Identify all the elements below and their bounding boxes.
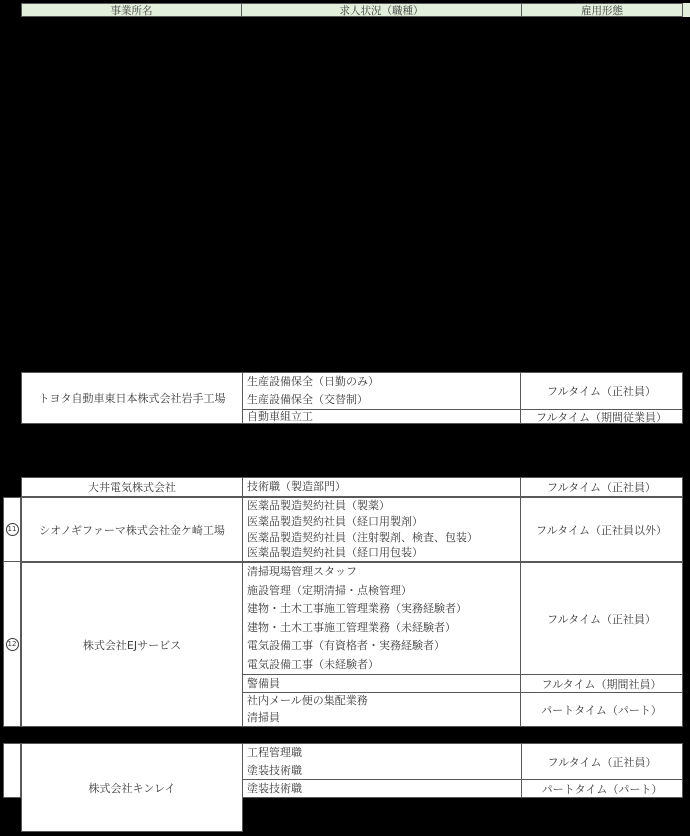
- job-group: 生産設備保全（日勤のみ） 生産設備保全（交替制） フルタイム（正社員）: [242, 373, 682, 409]
- employment-cell: パートタイム（パート）: [521, 693, 682, 726]
- job-line: 医薬品製造契約社員（経口用包装）: [247, 545, 520, 561]
- jobs-cell: 生産設備保全（日勤のみ） 生産設備保全（交替制）: [242, 373, 521, 409]
- row-number-cell-blank: [3, 743, 21, 798]
- job-line: 技術職（製造部門）: [247, 479, 520, 495]
- job-line: 生産設備保全（交替制）: [247, 391, 520, 409]
- jobs-cell: 社内メール便の集配業務 清掃員: [242, 693, 521, 726]
- job-line: 清掃員: [247, 710, 520, 727]
- job-group: 医薬品製造契約社員（製薬） 医薬品製造契約社員（経口用製剤） 医薬品製造契約社員…: [242, 498, 682, 561]
- header-col-company: 事業所名: [22, 4, 242, 16]
- employment-cell: フルタイム（正社員）: [522, 744, 682, 779]
- circled-number-12: 12: [6, 638, 19, 651]
- job-line: 塗装技術職: [247, 781, 521, 797]
- job-groups: 医薬品製造契約社員（製薬） 医薬品製造契約社員（経口用製剤） 医薬品製造契約社員…: [242, 498, 682, 561]
- employment-cell: フルタイム（期間従業員）: [521, 410, 682, 423]
- jobs-cell: 清掃現場管理スタッフ 施設管理（定期清掃・点検管理） 建物・土木工事施工管理業務…: [242, 563, 521, 674]
- employment-cell: フルタイム（正社員）: [521, 478, 682, 496]
- jobs-cell: 工程管理職 塗装技術職: [243, 744, 522, 779]
- job-groups: 生産設備保全（日勤のみ） 生産設備保全（交替制） フルタイム（正社員） 自動車組…: [242, 373, 682, 423]
- job-line: 塗装技術職: [247, 762, 521, 780]
- job-line: 医薬品製造契約社員（経口用製剤）: [247, 514, 520, 530]
- employment-cell: フルタイム（正社員）: [521, 373, 682, 409]
- job-groups: 工程管理職 塗装技術職 フルタイム（正社員） 塗装技術職 パートタイム（パート）: [242, 743, 683, 798]
- table-row-ej-service: 株式会社EJサービス 清掃現場管理スタッフ 施設管理（定期清掃・点検管理） 建物…: [21, 562, 683, 727]
- row-number-cell: 12: [4, 562, 20, 726]
- employment-cell: パートタイム（パート）: [522, 780, 682, 797]
- job-line: 警備員: [247, 676, 520, 692]
- employment-cell: フルタイム（期間社員）: [521, 675, 682, 692]
- job-line: 建物・土木工事施工管理業務（実務経験者）: [247, 600, 520, 619]
- job-line: 電気設備工事（有資格者・実務経験者）: [247, 637, 520, 656]
- job-line: 社内メール便の集配業務: [247, 693, 520, 710]
- jobs-cell: 警備員: [242, 675, 521, 692]
- job-line: 工程管理職: [247, 744, 521, 762]
- job-group: 技術職（製造部門） フルタイム（正社員）: [242, 478, 682, 496]
- job-group: 自動車組立工 フルタイム（期間従業員）: [242, 409, 682, 423]
- company-cell: 大井電気株式会社: [22, 478, 242, 496]
- job-line: 電気設備工事（未経験者）: [247, 656, 520, 675]
- job-line: 建物・土木工事施工管理業務（未経験者）: [247, 619, 520, 638]
- employment-cell: フルタイム（正社員）: [521, 563, 682, 674]
- row-number-column: 11 12: [3, 497, 21, 727]
- job-line: 清掃現場管理スタッフ: [247, 563, 520, 582]
- job-line: 医薬品製造契約社員（製薬）: [247, 498, 520, 514]
- job-group: 工程管理職 塗装技術職 フルタイム（正社員）: [243, 744, 682, 779]
- job-group: 警備員 フルタイム（期間社員）: [242, 674, 682, 692]
- company-cell: トヨタ自動車東日本株式会社岩手工場: [22, 373, 242, 423]
- row-number-cell: 11: [4, 498, 20, 562]
- job-groups: 技術職（製造部門） フルタイム（正社員）: [242, 478, 682, 496]
- table-header: 事業所名 求人状況（職種） 雇用形態: [21, 3, 683, 17]
- table-row-shionogi: シオノギファーマ株式会社金ケ崎工場 医薬品製造契約社員（製薬） 医薬品製造契約社…: [21, 497, 683, 562]
- redacted-document-page: 事業所名 求人状況（職種） 雇用形態 トヨタ自動車東日本株式会社岩手工場 生産設…: [0, 0, 690, 836]
- job-line: 医薬品製造契約社員（注射製剤、検査、包装）: [247, 530, 520, 546]
- job-line: 生産設備保全（日勤のみ）: [247, 373, 520, 391]
- circled-number-11: 11: [6, 523, 19, 536]
- job-groups: 清掃現場管理スタッフ 施設管理（定期清掃・点検管理） 建物・土木工事施工管理業務…: [242, 563, 682, 726]
- jobs-cell: 技術職（製造部門）: [242, 478, 521, 496]
- jobs-cell: 医薬品製造契約社員（製薬） 医薬品製造契約社員（経口用製剤） 医薬品製造契約社員…: [242, 498, 521, 561]
- employment-cell: フルタイム（正社員以外）: [521, 498, 682, 561]
- company-cell: 株式会社キンレイ: [21, 743, 243, 832]
- header-right-edge: [683, 3, 690, 17]
- jobs-cell: 塗装技術職: [243, 780, 522, 797]
- table-row-oi-electric: 大井電気株式会社 技術職（製造部門） フルタイム（正社員）: [21, 477, 683, 497]
- header-col-jobs: 求人状況（職種）: [242, 4, 522, 16]
- company-cell: 株式会社EJサービス: [22, 563, 242, 726]
- table-row-toyota: トヨタ自動車東日本株式会社岩手工場 生産設備保全（日勤のみ） 生産設備保全（交替…: [21, 372, 683, 424]
- job-group: 清掃現場管理スタッフ 施設管理（定期清掃・点検管理） 建物・土木工事施工管理業務…: [242, 563, 682, 674]
- job-line: 自動車組立工: [247, 410, 520, 423]
- job-line: 施設管理（定期清掃・点検管理）: [247, 582, 520, 601]
- header-col-employment: 雇用形態: [522, 4, 682, 16]
- jobs-cell: 自動車組立工: [242, 410, 521, 423]
- job-group: 塗装技術職 パートタイム（パート）: [243, 779, 682, 797]
- job-group: 社内メール便の集配業務 清掃員 パートタイム（パート）: [242, 692, 682, 726]
- company-cell: シオノギファーマ株式会社金ケ崎工場: [22, 498, 242, 561]
